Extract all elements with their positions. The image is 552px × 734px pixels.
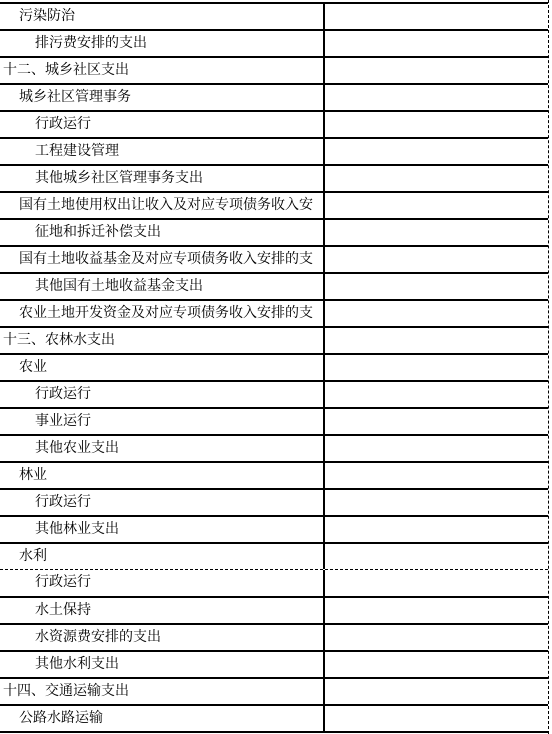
- item-name-cell[interactable]: 其他城乡社区管理事务支出: [0, 166, 325, 191]
- table-row: 事业运行: [0, 407, 548, 434]
- amount-cell[interactable]: [325, 193, 548, 218]
- table-row: 十四、交通运输支出: [0, 677, 548, 704]
- table-row: 农业: [0, 353, 548, 380]
- amount-cell[interactable]: [325, 301, 548, 326]
- item-name-cell[interactable]: 行政运行: [0, 570, 325, 596]
- table-row: 国有土地收益基金及对应专项债务收入安排的支出: [0, 245, 548, 272]
- item-name-cell[interactable]: 征地和拆迁补偿支出: [0, 220, 325, 245]
- amount-cell[interactable]: [325, 598, 548, 623]
- table-row: 水土保持: [0, 596, 548, 623]
- item-name-cell[interactable]: 其他农业支出: [0, 436, 325, 461]
- item-name-cell[interactable]: 十三、农林水支出: [0, 328, 325, 353]
- item-name-cell[interactable]: 行政运行: [0, 382, 325, 407]
- table-bottom-border: [0, 731, 548, 733]
- table-row: 征地和拆迁补偿支出: [0, 218, 548, 245]
- amount-cell[interactable]: [325, 409, 548, 434]
- amount-cell[interactable]: [325, 355, 548, 380]
- item-name-cell[interactable]: 行政运行: [0, 112, 325, 137]
- amount-cell[interactable]: [325, 652, 548, 677]
- item-name-cell[interactable]: 农业土地开发资金及对应专项债务收入安排的支出: [0, 301, 325, 326]
- amount-cell[interactable]: [325, 247, 548, 272]
- amount-cell[interactable]: [325, 625, 548, 650]
- budget-expenditure-table: 污染防治 排污费安排的支出 十二、城乡社区支出 城乡社区管理事务 行政运行 工程…: [0, 2, 548, 731]
- amount-cell[interactable]: [325, 112, 548, 137]
- amount-cell[interactable]: [325, 570, 548, 596]
- item-name-cell[interactable]: 公路水路运输: [0, 706, 325, 731]
- amount-cell[interactable]: [325, 58, 548, 83]
- table-row: 其他林业支出: [0, 515, 548, 542]
- item-name-cell[interactable]: 事业运行: [0, 409, 325, 434]
- amount-cell[interactable]: [325, 274, 548, 299]
- table-row: 其他农业支出: [0, 434, 548, 461]
- item-name-cell[interactable]: 水土保持: [0, 598, 325, 623]
- item-name-cell[interactable]: 污染防治: [0, 4, 325, 29]
- item-name-cell[interactable]: 十二、城乡社区支出: [0, 58, 325, 83]
- item-name-cell[interactable]: 林业: [0, 463, 325, 488]
- amount-cell[interactable]: [325, 706, 548, 731]
- item-name-cell[interactable]: 水资源费安排的支出: [0, 625, 325, 650]
- table-row: 国有土地使用权出让收入及对应专项债务收入安排的支出: [0, 191, 548, 218]
- amount-cell[interactable]: [325, 490, 548, 515]
- amount-cell[interactable]: [325, 544, 548, 569]
- table-row: 工程建设管理: [0, 137, 548, 164]
- table-row: 行政运行: [0, 110, 548, 137]
- table-row: 行政运行: [0, 488, 548, 515]
- amount-cell[interactable]: [325, 436, 548, 461]
- table-row: 城乡社区管理事务: [0, 83, 548, 110]
- table-row: 其他国有土地收益基金支出: [0, 272, 548, 299]
- table-row: 林业: [0, 461, 548, 488]
- item-name-cell[interactable]: 城乡社区管理事务: [0, 85, 325, 110]
- table-row: 农业土地开发资金及对应专项债务收入安排的支出: [0, 299, 548, 326]
- amount-cell[interactable]: [325, 328, 548, 353]
- table-row: 行政运行: [0, 380, 548, 407]
- amount-cell[interactable]: [325, 166, 548, 191]
- table-row: 排污费安排的支出: [0, 29, 548, 56]
- table-row: 其他城乡社区管理事务支出: [0, 164, 548, 191]
- item-name-cell[interactable]: 其他林业支出: [0, 517, 325, 542]
- amount-cell[interactable]: [325, 31, 548, 56]
- amount-cell[interactable]: [325, 220, 548, 245]
- amount-cell[interactable]: [325, 139, 548, 164]
- table-row: 公路水路运输: [0, 704, 548, 731]
- table-row: 行政运行: [0, 569, 548, 596]
- item-name-cell[interactable]: 农业: [0, 355, 325, 380]
- amount-cell[interactable]: [325, 679, 548, 704]
- table-row: 水资源费安排的支出: [0, 623, 548, 650]
- amount-cell[interactable]: [325, 4, 548, 29]
- item-name-cell[interactable]: 工程建设管理: [0, 139, 325, 164]
- amount-cell[interactable]: [325, 382, 548, 407]
- table-row: 其他水利支出: [0, 650, 548, 677]
- item-name-cell[interactable]: 排污费安排的支出: [0, 31, 325, 56]
- page-break-dashed-line: [548, 0, 549, 734]
- amount-cell[interactable]: [325, 517, 548, 542]
- item-name-cell[interactable]: 国有土地收益基金及对应专项债务收入安排的支出: [0, 247, 325, 272]
- table-row: 水利: [0, 542, 548, 569]
- item-name-cell[interactable]: 行政运行: [0, 490, 325, 515]
- item-name-cell[interactable]: 水利: [0, 544, 325, 569]
- item-name-cell[interactable]: 国有土地使用权出让收入及对应专项债务收入安排的支出: [0, 193, 325, 218]
- item-name-cell[interactable]: 其他水利支出: [0, 652, 325, 677]
- amount-cell[interactable]: [325, 463, 548, 488]
- table-row: 十三、农林水支出: [0, 326, 548, 353]
- item-name-cell[interactable]: 十四、交通运输支出: [0, 679, 325, 704]
- table-row: 污染防治: [0, 2, 548, 29]
- amount-cell[interactable]: [325, 85, 548, 110]
- table-row: 十二、城乡社区支出: [0, 56, 548, 83]
- item-name-cell[interactable]: 其他国有土地收益基金支出: [0, 274, 325, 299]
